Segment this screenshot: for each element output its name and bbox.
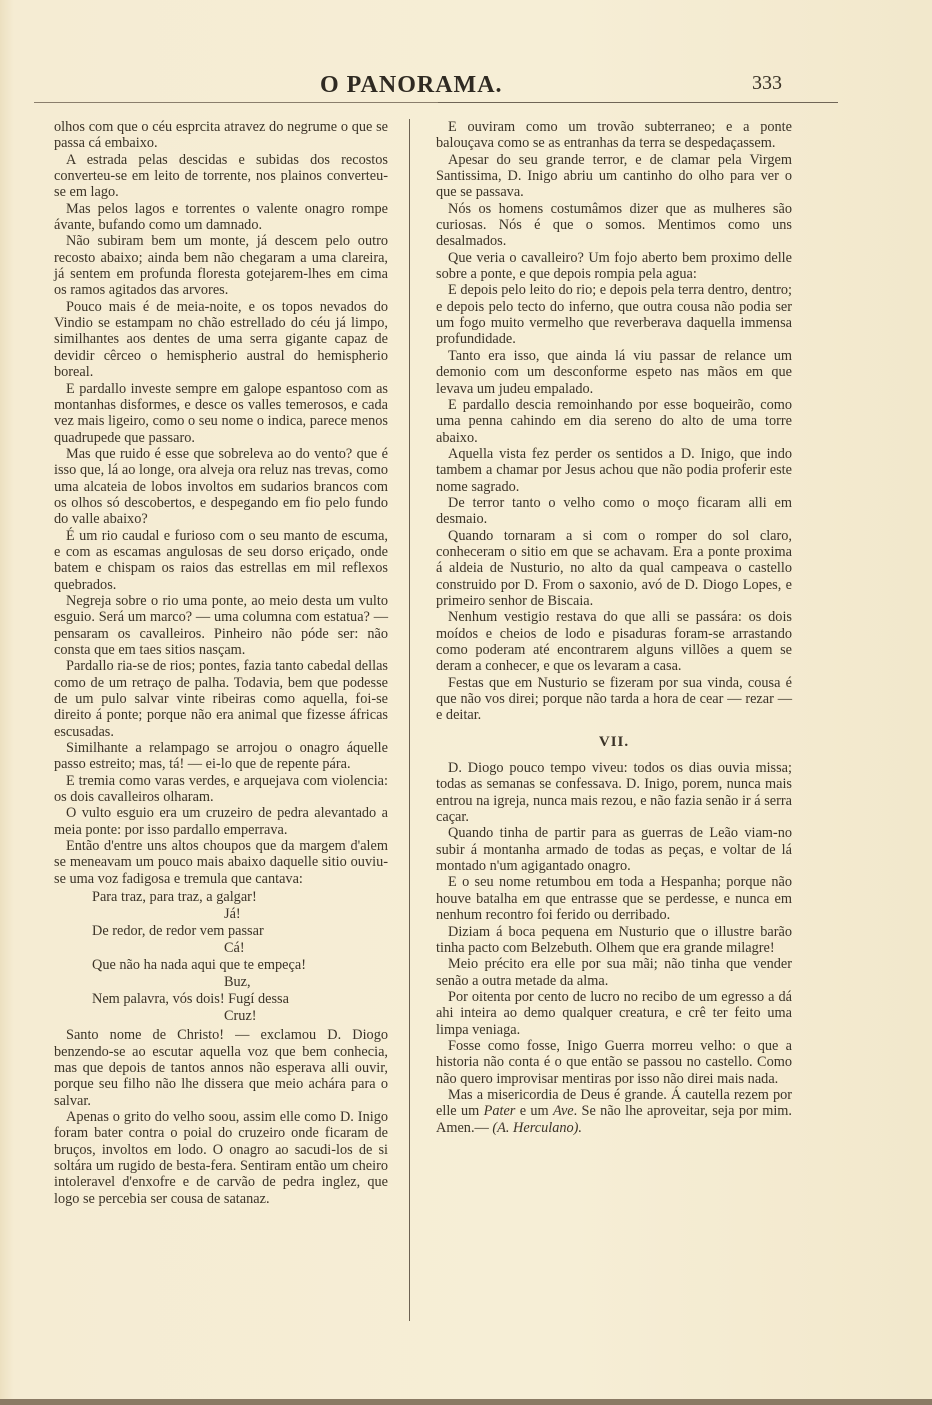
verse-refrain: Já! <box>54 906 388 923</box>
paragraph: Quando tinha de partir para as guerras d… <box>436 825 792 874</box>
paragraph: Festas que em Nusturio se fizeram por su… <box>436 675 792 724</box>
left-column: olhos com que o céu esprcita atravez do … <box>54 119 388 1207</box>
header-rule-right <box>438 102 838 103</box>
paragraph: olhos com que o céu esprcita atravez do … <box>54 119 388 152</box>
paragraph: Similhante a relampago se arrojou o onag… <box>54 740 388 773</box>
paragraph: Não subiram bem um monte, já descem pelo… <box>54 233 388 298</box>
paragraph: Aquella vista fez perder os sentidos a D… <box>436 446 792 495</box>
verse-refrain: Cá! <box>54 940 388 957</box>
ave-word: Ave <box>553 1103 574 1119</box>
song-verse: Para traz, para traz, a galgar! Já! De r… <box>54 889 388 1025</box>
paragraph: Quando tornaram a si com o romper do sol… <box>436 528 792 610</box>
text-run: e um <box>515 1103 553 1119</box>
header-rule-left <box>34 102 438 103</box>
section-heading: VII. <box>436 734 792 750</box>
paragraph: A estrada pelas descidas e subidas dos r… <box>54 152 388 201</box>
right-column: E ouviram como um trovão subterraneo; e … <box>436 119 792 1136</box>
paragraph: Diziam á boca pequena em Nusturio que o … <box>436 924 792 957</box>
paragraph: E pardallo investe sempre em galope espa… <box>54 381 388 446</box>
paragraph: E o seu nome retumbou em toda a Hespanha… <box>436 874 792 923</box>
verse-refrain: Cruz! <box>54 1008 388 1025</box>
verse-line: Nem palavra, vós dois! Fugí dessa <box>54 991 388 1008</box>
pater-word: Pater <box>484 1103 516 1119</box>
closing-paragraph: Mas a misericordia de Deus é grande. Á c… <box>436 1087 792 1136</box>
paragraph: Pardallo ria-se de rios; pontes, fazia t… <box>54 658 388 740</box>
paragraph: Negreja sobre o rio uma ponte, ao meio d… <box>54 593 388 658</box>
paragraph: Tanto era isso, que ainda lá viu passar … <box>436 348 792 397</box>
paragraph: Mas que ruido é esse que sobreleva ao do… <box>54 446 388 528</box>
paragraph: Que veria o cavalleiro? Um fojo aberto b… <box>436 250 792 283</box>
page-header: O PANORAMA. 333 <box>0 70 932 110</box>
paragraph: Mas pelos lagos e torrentes o valente on… <box>54 201 388 234</box>
paragraph: E depois pelo leito do rio; e depois pel… <box>436 282 792 347</box>
paragraph: Fosse como fosse, Inigo Guerra morreu ve… <box>436 1038 792 1087</box>
verse-line: Que não ha nada aqui que te empeça! <box>54 957 388 974</box>
paragraph: Apenas o grito do velho soou, assim elle… <box>54 1109 388 1207</box>
paragraph: Por oitenta por cento de lucro no recibo… <box>436 989 792 1038</box>
paragraph: D. Diogo pouco tempo viveu: todos os dia… <box>436 760 792 825</box>
verse-line: Para traz, para traz, a galgar! <box>54 889 388 906</box>
paragraph: Nenhum vestigio restava do que alli se p… <box>436 609 792 674</box>
paragraph: Meio précito era elle por sua mãi; não t… <box>436 956 792 989</box>
scan-edge <box>0 1399 932 1405</box>
paragraph: É um rio caudal e furioso com o seu mant… <box>54 528 388 593</box>
newspaper-page: O PANORAMA. 333 olhos com que o céu espr… <box>0 0 932 1405</box>
column-divider <box>409 119 410 1321</box>
paragraph: E tremia como varas verdes, e arquejava … <box>54 773 388 806</box>
paragraph: Pouco mais é de meia-noite, e os topos n… <box>54 299 388 381</box>
paragraph: Santo nome de Christo! — exclamou D. Dio… <box>54 1027 388 1109</box>
paragraph: O vulto esguio era um cruzeiro de pedra … <box>54 805 388 838</box>
verse-line: De redor, de redor vem passar <box>54 923 388 940</box>
verse-refrain: Buz, <box>54 974 388 991</box>
paragraph: Nós os homens costumâmos dizer que as mu… <box>436 201 792 250</box>
paragraph: Apesar do seu grande terror, e de clamar… <box>436 152 792 201</box>
masthead-title: O PANORAMA. <box>320 72 503 99</box>
paragraph: Então d'entre uns altos choupos que da m… <box>54 838 388 887</box>
author-signature: (A. Herculano). <box>492 1120 582 1136</box>
paragraph: E ouviram como um trovão subterraneo; e … <box>436 119 792 152</box>
page-number: 333 <box>752 72 782 95</box>
paragraph: E pardallo descia remoinhando por esse b… <box>436 397 792 446</box>
paragraph: De terror tanto o velho como o moço fica… <box>436 495 792 528</box>
